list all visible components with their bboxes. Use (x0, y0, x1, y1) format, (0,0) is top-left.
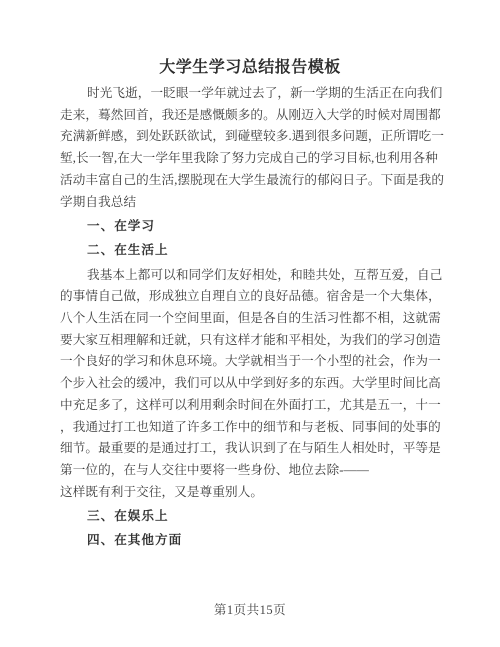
text-line: 八个人生活在同一个空间里面，但是各自的生活习性都不相，这就需 (60, 308, 440, 330)
document-title: 大学生学习总结报告模板 (0, 57, 500, 78)
text-line: 活动丰富自己的生活,摆脱现在大学生最流行的郁闷日子。下面是我的 (60, 170, 440, 192)
text-line: 充满新鲜感，到处跃跃欲试，到碰壁较多.遇到很多问题，正所谓吃一 (60, 126, 440, 148)
document-body: 时光飞逝，一眨眼一学年就过去了，新一学期的生活正在向我们走来，蓦然回首，我还是感… (60, 83, 440, 552)
text-line: 走来，蓦然回首，我还是感慨颇多的。从刚迈入大学的时候对周围都 (60, 105, 440, 127)
text-line: 堑,长一智,在大一学年里我除了努力完成自己的学习目标,也利用各种 (60, 148, 440, 170)
document-page: 大学生学习总结报告模板 时光飞逝，一眨眼一学年就过去了，新一学期的生活正在向我们… (0, 0, 500, 647)
text-line: 一个良好的学习和休息环境。大学就相当于一个小型的社会，作为一 (60, 351, 440, 373)
text-line: 时光飞逝，一眨眼一学年就过去了，新一学期的生活正在向我们 (60, 83, 440, 105)
text-line: 个步入社会的缓冲，我们可以从中学到好多的东西。大学里时间比高 (60, 373, 440, 395)
text-line: 细节。最重要的是通过打工，我认识到了在与陌生人相处时，平等是 (60, 438, 440, 460)
text-line: 第一位的，在与人交往中要将一些身份、地位去除-—— (60, 460, 440, 482)
page-number-footer: 第1页共15页 (0, 601, 500, 619)
paragraph: 这样既有利于交往，又是尊重别人。 (60, 482, 440, 504)
text-line: 这样既有利于交往，又是尊重别人。 (60, 482, 440, 504)
text-line: 中充足多了，这样可以利用剩余时间在外面打工，尤其是五一，十一 (60, 395, 440, 417)
text-line: 我基本上都可以和同学们友好相处，和睦共处，互帮互爱，自己 (60, 265, 440, 287)
section-heading: 四、在其他方面 (60, 530, 440, 552)
text-line: 的事情自己做，形成独立自理自立的良好品德。宿舍是一个大集体， (60, 286, 440, 308)
text-line: 要大家互相理解和迁就，只有这样才能和平相处，为我们的学习创造 (60, 330, 440, 352)
text-line: ，我通过打工也知道了许多工作中的细节和与老板、同事间的处事的 (60, 417, 440, 439)
text-line: 学期自我总结 (60, 192, 440, 214)
section-heading: 一、在学习 (60, 216, 440, 238)
paragraph: 时光飞逝，一眨眼一学年就过去了，新一学期的生活正在向我们走来，蓦然回首，我还是感… (60, 83, 440, 213)
section-heading: 三、在娱乐上 (60, 506, 440, 528)
paragraph: 我基本上都可以和同学们友好相处，和睦共处，互帮互爱，自己的事情自己做，形成独立自… (60, 265, 440, 482)
section-heading: 二、在生活上 (60, 240, 440, 262)
